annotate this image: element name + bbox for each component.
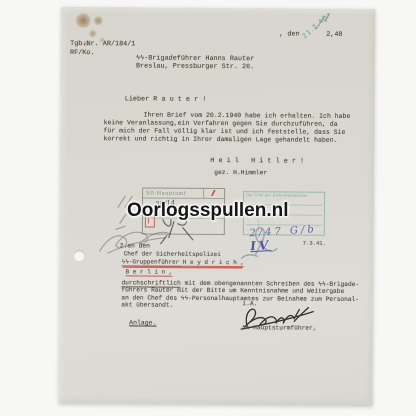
signed-typed: gez. H.Himmler: [214, 169, 267, 176]
initials-line: RF/Ko.: [70, 49, 95, 57]
signature-title: ϟϟ-Hauptsturmführer,: [242, 324, 316, 332]
stamp-header-divider: [203, 189, 204, 198]
stamp-header-label: Der Chef der Sicherheitspolizei: [246, 193, 308, 197]
date-prefix: , den: [279, 30, 299, 38]
ia-label: i.A.: [242, 300, 257, 307]
salutation: Lieber R a u t e r !: [125, 95, 207, 104]
journal-number: Tgb.Nr. AR/184/1: [70, 40, 135, 48]
distribution-line1: Chef der Sicherheitspolizei: [124, 250, 221, 258]
rust-stain: [93, 16, 103, 25]
body-line: korrekt und richtig in Ihrer damaligen L…: [103, 135, 350, 145]
received-date: 7.3.41.: [303, 240, 326, 247]
distribution-berlin: B e r l i n ,: [126, 268, 173, 276]
watermark-text: Oorlogsspullen.nl: [127, 200, 289, 222]
distribution-heydrich: ϟϟ-Gruppenführer H e y d r i c h ,: [122, 258, 244, 267]
rust-stain: [75, 13, 91, 28]
enclosure-label: Anlage.: [129, 319, 156, 326]
blue-roman-numeral: IV: [250, 238, 272, 253]
photo-background: , den 21.2.40 2,40 1 Tgb.Nr. AR/184/1 RF…: [0, 0, 416, 416]
red-check-mark: [208, 190, 218, 196]
punch-hole: [74, 250, 85, 261]
distribution-heading: 2.an den: [120, 242, 150, 249]
rust-stain: [88, 29, 97, 38]
blue-note-text: 2/47 G/b: [249, 224, 317, 239]
date-typed: 2,40: [326, 31, 342, 39]
pencil-page-number: 1: [321, 10, 333, 26]
closing-heil: H e i l H i t l e r !: [210, 157, 304, 166]
stamp-header-label: SD-Hauptamt: [146, 190, 186, 196]
recipient-address: Breslau, Pressburger Str. 26.: [136, 62, 254, 71]
